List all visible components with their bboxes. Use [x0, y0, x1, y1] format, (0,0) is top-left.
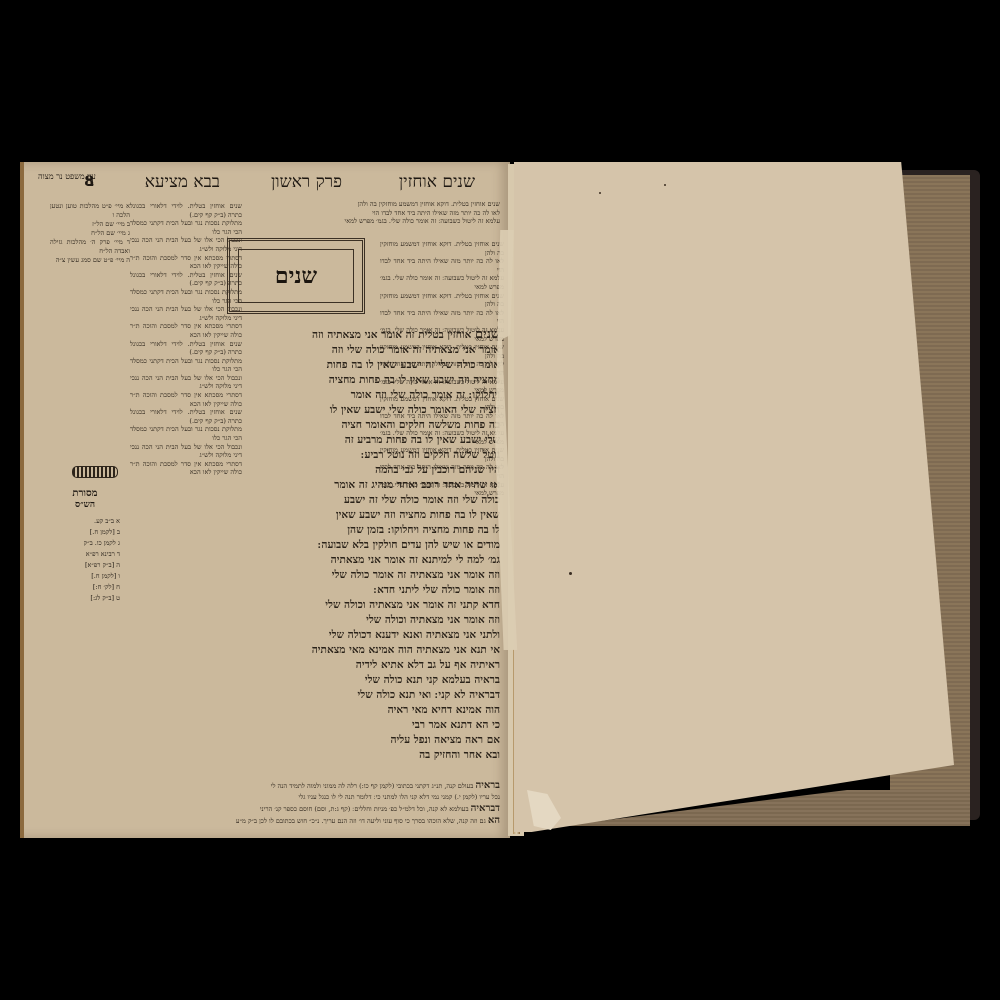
text-line: בה פחות משלשה חלקים והאומר חציה	[246, 418, 500, 433]
commentary-line: ונכבול הכי אלו של בעל הבית הני הכה ננכי …	[130, 236, 242, 253]
header-tractate: בבא מציעא	[145, 172, 220, 192]
commentary-line: דסתרי מסכתא אין סדר למסכת והוכה ת״ר כולה…	[130, 391, 242, 408]
commentary-line: עלמא זה ליטול כשבועה ׃ זה אומר כולה שלי.…	[250, 217, 500, 226]
footer-line: נכל עריו (לקמן י.) קמני נמי דלא קני הלו …	[130, 792, 500, 803]
text-line: אי תנא אני מצאתיה הוה אמינא מאי מצאתיה	[246, 643, 500, 658]
masoret-entry: ו [לקמן ח.]	[50, 571, 120, 582]
commentary-line: עלמא זה ליטול כשבועה ׃ זה אומר כולה שלי.…	[380, 274, 504, 291]
text-line: מחציה וזה ישבע שאין לו בה פחות מחציה	[246, 373, 500, 388]
text-line: אומר כולה שלי זה ישבע שאין לו בה פחות	[246, 358, 500, 373]
commentary-line: מתלוקת נסכות נגר ובעל הכית דקתני כמסלד ה…	[130, 288, 242, 305]
commentary-line: שנים אוחזין בטלית. לוידי דלאורי בכגונל כ…	[130, 271, 242, 288]
masoret-entry: ב [לקמן ח.]	[50, 527, 120, 538]
masoret-subtitle: הש״ס	[50, 499, 120, 510]
margin-reference: ג מיי׳ שם הל״ח	[50, 229, 130, 238]
text-line: אוחזין בטלית זה אומר אני מצאתיה וזה	[312, 329, 471, 341]
commentary-line: דסתרי מסכתא אין סדר למסכת והוכה ת״ר כולה…	[130, 322, 242, 339]
text-line: לו בה פחות מחציה ויחלוקו ׃ בזמן שהן	[246, 523, 500, 538]
text-line: שאין לו בה פחות מחציה וזה ישבע שאין	[246, 508, 500, 523]
masoret-entry: ד רבינא רפ״א	[50, 549, 120, 560]
commentary-line: דסתרי מסכתא אין סדר למסכת והוכה ת״ר כולה…	[130, 254, 242, 271]
text-line: נוטל שלשה חלקים וזה נוטל רביע ׃	[246, 448, 500, 463]
margin-reference: ד מיי׳ פרק ה׳ מהלכות גזילה ואבדה הל״ח	[50, 238, 130, 256]
text-line: ולתני אני מצאתיה ואנא ידענא דכולה שלי	[246, 628, 500, 643]
header-ein-mishpat: עין משפט נר מצוה	[38, 172, 96, 182]
masoret-title: מסורת	[50, 488, 120, 499]
text-line: בראיה בעלמא קני תנא כולה שלי	[246, 673, 500, 688]
margin-reference: א מיי׳ פ״ט מהלכות טוען ונטען הלכה ו	[50, 202, 130, 220]
text-line: שלי ישבע שאין לו בה פחות מרביע זה	[246, 433, 500, 448]
text-line: חציה שלי האומר כולה שלי ישבע שאין לו	[246, 403, 500, 418]
masoret-entry: ח [לק׳ ח:]	[50, 582, 120, 593]
footer-label: דבראיה	[471, 803, 500, 814]
cartouche-word: שנים	[275, 263, 317, 289]
text-line: כי הא דתנא אמר רבי	[246, 718, 500, 733]
masoret-entry: א ב״ב קע.	[50, 516, 120, 527]
commentary-line: דסתרי מסכתא אין סדר למסכת והוכה ת״ר כולה…	[130, 460, 242, 477]
text-line: היו שניהם רוכבין על גבי בהמה	[246, 463, 500, 478]
text-line: הוה אמינא דחיא מאי ראיה	[246, 703, 500, 718]
commentary-line: שנים אוחזין בטלית. לוידי דלאורי בכגונל כ…	[130, 202, 242, 219]
margin-reference: ב מיי׳ שם הל״ז	[50, 220, 130, 229]
margin-reference: ה מיי׳ פ״ט שם סמג עשין צ״ה	[50, 256, 130, 265]
cartouche-inner: שנים	[238, 249, 354, 303]
commentary-line: שנים אוחזין בטלית. דוקא אוחזין דמשמע מוח…	[380, 292, 504, 309]
commentary-line: שנים אוחזין בטלית. דוקא אוחזין דמשמע מוח…	[380, 240, 504, 257]
footer-label: בראיה	[475, 780, 500, 791]
text-line: ראיתיה אף על גב דלא אתיא לידיה	[246, 658, 500, 673]
page-edge	[20, 162, 24, 838]
commentary-line: שנים אוחזין בטלית. לוידי דלאורי בכגונל כ…	[130, 340, 242, 357]
commentary-line: ונכבול הכי אלו של בעל הבית הני הכה ננכי …	[130, 443, 242, 460]
masoret-entry: ג לקמן כו. ב״ק	[50, 538, 120, 549]
header-chapter-name: שנים אוחזין	[399, 172, 475, 192]
commentary-line: ונכבול הכי אלו של בעל הבית הני הכה ננכי …	[130, 374, 242, 391]
text-line: אומר אני מצאתיה זה אומר כולה שלי וזה	[246, 343, 500, 358]
text-line: ובא אחר והחזיק בה	[246, 748, 500, 763]
ein-mishpat-margin: א מיי׳ פ״ט מהלכות טוען ונטען הלכה ו ב מי…	[50, 202, 130, 762]
commentary-line: לאו לה כה יותר מזה שאילו היתה ביד אחד לב…	[380, 309, 504, 326]
text-line: או שהיה אחד רוכב ואחד מנהיג זה אומר	[246, 478, 500, 493]
text-line: חדא קתני זה אומר אני מצאתיה וכולה שלי	[246, 598, 500, 613]
mishnah-gemara-text: שנים אוחזין בטלית זה אומר אני מצאתיה וזה…	[246, 327, 500, 797]
running-header: שנים אוחזין פרק ראשון בבא מציעא ב 8 עין …	[20, 170, 510, 198]
text-line: מודים או שיש להן עדים חולקין בלא שבועה ׃	[246, 538, 500, 553]
footer-line: בעולמא לא קנה, וכל דלמ״ל כפ׳ מניות וחללי…	[260, 805, 469, 813]
photo-scene: שנים אוחזין פרק ראשון בבא מציעא ב 8 עין …	[0, 0, 1000, 1000]
left-page-talmud-folio: שנים אוחזין פרק ראשון בבא מציעא ב 8 עין …	[20, 162, 510, 838]
text-line: אם ראה מציאה ונפל עליה	[246, 733, 500, 748]
commentary-line: לאו לה כה יותר מזה שאילו היתה ביד אחד לב…	[250, 209, 500, 218]
paper-speck	[569, 572, 572, 575]
commentary-line: מתלוקת נסכות נגר ובעל הכית דקתני כמסלד ה…	[130, 425, 242, 442]
commentary-line: שנים אוחזין בטלית. לוידי דלאורי בכגונל כ…	[130, 408, 242, 425]
footer-line: גם וזה קנה, שלא הוכהו בסרך כי סוף עוני ו…	[236, 817, 486, 825]
masoret-hashas: מסורת הש״ס א ב״ב קע. ב [לקמן ח.] ג לקמן …	[50, 488, 120, 604]
right-page-blank	[514, 162, 954, 832]
masoret-entry: ה [ב״ק רפ״א]	[50, 560, 120, 571]
commentary-line: ונכבול הכי אלו של בעל הבית הני הכה ננכי …	[130, 305, 242, 322]
opening-word: שנים	[475, 327, 500, 342]
footer-line: בעולם קנה, תנ״ג דקתני בכתובי (לקמן קף כו…	[271, 782, 474, 790]
footer-commentary: בראיה בעולם קנה, תנ״ג דקתני בכתובי (לקמן…	[130, 780, 500, 827]
decorative-cartouche: שנים	[227, 238, 365, 314]
paper-speck	[664, 184, 666, 186]
header-chapter-number: פרק ראשון	[271, 172, 342, 192]
text-line: ויחלוקו ׃ זה אומר כולה שלי וזה אומר	[246, 388, 500, 403]
text-line: דבראיה לא קני ׃ ואי תנא כולה שלי	[246, 688, 500, 703]
commentary-line: מתלוקת נסכות נגר ובעל הכית דקתני כמסלד ה…	[130, 219, 242, 236]
text-line: גמ׳ למה לי למיתנא זה אומר אני מצאתיה	[246, 553, 500, 568]
text-line: וזה אומר כולה שלי ליתני חדא ׃	[246, 583, 500, 598]
commentary-line: לאו לה כה יותר מזה שאילו היתה ביד אחד לב…	[380, 257, 504, 274]
ornament-divider-icon	[72, 466, 118, 478]
masoret-entry: ט [ב״ק לג:]	[50, 593, 120, 604]
commentary-line: מתלוקת נסכות נגר ובעל הכית דקתני כמסלד ה…	[130, 357, 242, 374]
footer-label: הא	[488, 815, 500, 826]
commentary-line: שנים אוחזין בטלית. דוקא אוחזין דמשמע מוח…	[250, 200, 500, 209]
text-line: כולה שלי וזה אומר כולה שלי זה ישבע	[246, 493, 500, 508]
commentary-top-right: שנים אוחזין בטלית. דוקא אוחזין דמשמע מוח…	[250, 200, 500, 240]
paper-speck	[599, 192, 601, 194]
text-line: וזה אומר אני מצאתיה וכולה שלי	[246, 613, 500, 628]
text-line: וזה אומר אני מצאתיה זה אומר כולה שלי	[246, 568, 500, 583]
